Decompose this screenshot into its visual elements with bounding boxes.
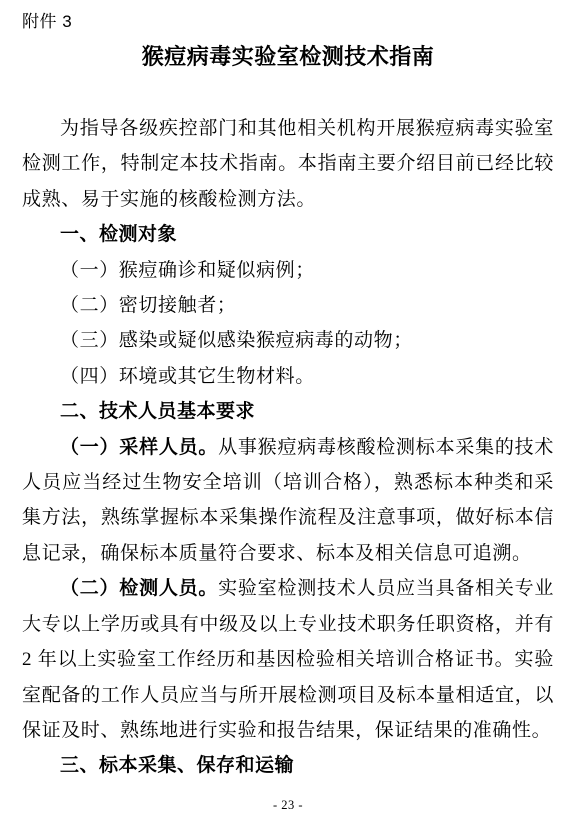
list-item-1: （一）猴痘确诊和疑似病例； bbox=[22, 253, 554, 288]
paragraph-lead: （一）采样人员。 bbox=[60, 437, 218, 458]
sampling-personnel-paragraph: （一）采样人员。从事猴痘病毒核酸检测标本采集的技术人员应当经过生物安全培训（培训… bbox=[22, 430, 554, 572]
document-title: 猴痘病毒实验室检测技术指南 bbox=[22, 43, 554, 71]
page-number: - 23 - bbox=[0, 798, 576, 813]
paragraph-text: 实验室检测技术人员应当具备相关专业大专以上学历或具有中级及以上专业技术职务任职资… bbox=[22, 578, 554, 741]
list-item-4: （四）环境或其它生物材料。 bbox=[22, 359, 554, 394]
section-3-heading: 三、标本采集、保存和运输 bbox=[22, 748, 554, 783]
section-1-heading: 一、检测对象 bbox=[22, 217, 554, 252]
testing-personnel-paragraph: （二）检测人员。实验室检测技术人员应当具备相关专业大专以上学历或具有中级及以上专… bbox=[22, 571, 554, 748]
paragraph-lead: （二）检测人员。 bbox=[60, 578, 218, 599]
document-body: 为指导各级疾控部门和其他相关机构开展猴痘病毒实验室检测工作，特制定本技术指南。本… bbox=[22, 111, 554, 784]
section-2-heading: 二、技术人员基本要求 bbox=[22, 394, 554, 429]
list-item-3: （三）感染或疑似感染猴痘病毒的动物； bbox=[22, 323, 554, 358]
document-page: 附件 3 猴痘病毒实验室检测技术指南 为指导各级疾控部门和其他相关机构开展猴痘病… bbox=[0, 0, 576, 835]
list-item-2: （二）密切接触者； bbox=[22, 288, 554, 323]
attachment-label: 附件 3 bbox=[22, 10, 554, 34]
intro-paragraph: 为指导各级疾控部门和其他相关机构开展猴痘病毒实验室检测工作，特制定本技术指南。本… bbox=[22, 111, 554, 217]
